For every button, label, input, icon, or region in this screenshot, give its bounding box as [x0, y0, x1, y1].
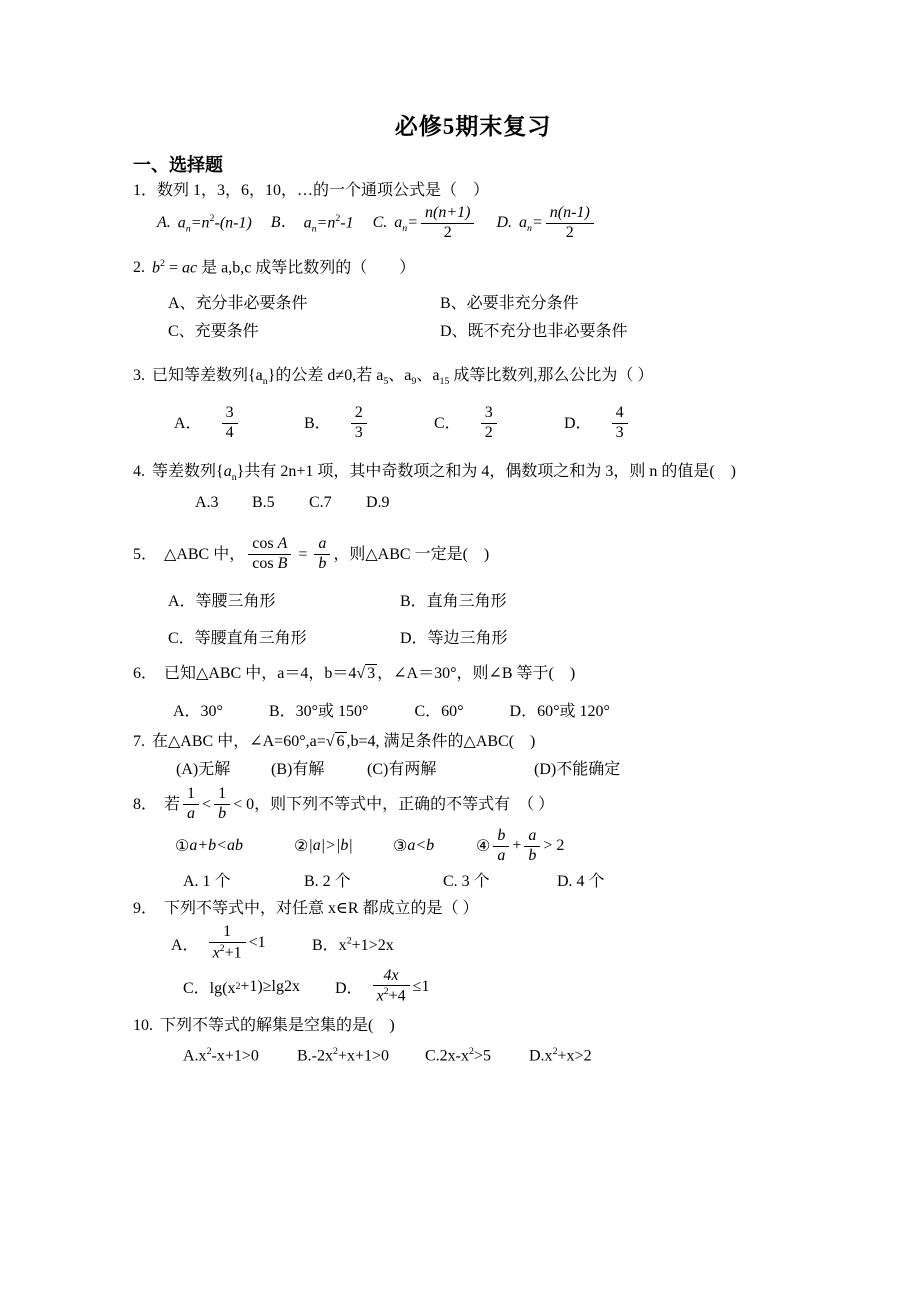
subscript-15: 15 [439, 376, 449, 387]
cos-label: cos [252, 555, 277, 572]
question-7-option-b: (B)有解 [271, 758, 367, 781]
question-2-option-c: C、充要条件 [168, 320, 440, 343]
question-9-option-b: B．x2+1>2x [312, 932, 394, 955]
option-d-fraction: 4xx2+4 [373, 967, 410, 1007]
option-a-tail: -x+1>0 [212, 1047, 259, 1064]
question-8-number: 8． [133, 793, 157, 816]
fraction-numerator: a [524, 827, 540, 846]
fraction-denominator: cos B [248, 554, 291, 574]
question-1-text: 数列 1，3，6，10，…的一个通项公式是（ ） [157, 182, 489, 199]
question-10-option-a: A.x2-x+1>0 [183, 1040, 297, 1068]
option-b-label: B． [304, 412, 331, 435]
cosA-cosB-fraction: cos Acos B [248, 535, 291, 574]
fraction-numerator: n(n+1) [421, 204, 474, 223]
option-d-tail: +x>2 [558, 1047, 592, 1064]
question-9-option-c: C．lg(x2+1)≥lg2x [183, 975, 335, 998]
question-4-option-a: A.3 [195, 491, 252, 514]
question-10-option-c: C.2x-x2>5 [425, 1040, 529, 1068]
option-d-tail: ≤1 [413, 978, 430, 996]
item-3-math: a<b [407, 837, 434, 855]
question-4-option-d: D.9 [366, 491, 390, 514]
greater-than-two: > 2 [543, 837, 564, 855]
less-than-zero: < 0 [233, 793, 254, 816]
question-3-text-5: 成等比数列,那么公比为（ ） [449, 367, 653, 384]
question-6-option-b: B．30°或 150° [269, 700, 368, 723]
less-than-sign: < [202, 793, 211, 816]
question-3: 3.已知等差数列{an}的公差 d≠0,若 a5、a9、a15 成等比数列,那么… [133, 364, 813, 443]
option-d-label: D． [335, 975, 363, 998]
question-4-text-1: 等差数列{ [152, 463, 224, 480]
item-2: ②|a|>|b| [294, 836, 393, 856]
fraction-denominator: b [524, 846, 540, 866]
item-2-math: |a|>|b| [308, 837, 352, 855]
question-8: 8．若1a<1b< 0，则下列不等式中，正确的不等式有 （ ） ①a+b<ab … [133, 785, 813, 894]
plus-one: +1 [225, 945, 242, 962]
question-7-number: 7. [133, 733, 145, 750]
fraction-denominator: 4 [222, 423, 238, 443]
question-10-text: 下列不等式的解集是空集的是( ) [160, 1017, 395, 1034]
fraction-numerator: 1 [209, 923, 246, 942]
question-4: 4.等差数列{an}共有 2n+1 项，其中奇数项之和为 4，偶数项之和为 3，… [133, 460, 813, 514]
option-b-mid: =n [317, 214, 336, 231]
question-5-options: A．等腰三角形 B．直角三角形 C．等腰直角三角形 D．等边三角形 [133, 590, 813, 650]
option-d-fraction: 43 [612, 404, 628, 443]
option-a-label: A． [171, 932, 199, 955]
fraction-denominator: 2 [421, 223, 474, 243]
question-3-number: 3. [133, 367, 145, 384]
option-c-label: C. [373, 214, 388, 231]
question-6-option-c: C．60° [414, 700, 463, 723]
question-2-text: 是 a,b,c 成等比数列的（ ） [197, 259, 415, 276]
fraction-denominator: 2 [546, 223, 594, 243]
question-3-text-1: 已知等差数列{a [152, 367, 263, 384]
plus-sign: + [512, 837, 521, 855]
option-c-tail: >5 [474, 1047, 491, 1064]
question-10-number: 10. [133, 1017, 153, 1034]
question-1-option-c: C.an=n(n+1)2 [373, 204, 478, 243]
option-c-label: C． [434, 412, 461, 435]
item-1: ①a+b<ab [175, 836, 294, 856]
item-4-circle: ④ [476, 836, 490, 856]
sqrt-radical: √3 [356, 664, 377, 682]
item-3: ③a<b [393, 836, 476, 856]
question-3-option-c: C．32 [434, 404, 564, 443]
exam-document-page: 必修5期末复习 一、选择题 1．数列 1，3，6，10，…的一个通项公式是（ ）… [0, 0, 920, 1302]
question-1-option-d: D.an=n(n-1)2 [496, 204, 596, 243]
option-d-label: D. [496, 214, 512, 231]
section-heading: 一、选择题 [133, 153, 813, 177]
item-1-math: a+b<ab [189, 837, 243, 855]
question-2: 2.b2 = ac 是 a,b,c 成等比数列的（ ） A、充分非必要条件 B、… [133, 252, 813, 343]
a-over-b-fraction: ab [524, 827, 540, 866]
question-2-option-d: D、既不充分也非必要条件 [440, 320, 813, 343]
option-b-tail: +1>2x [352, 937, 394, 954]
question-6-option-d: D．60°或 120° [510, 700, 610, 723]
question-7-option-d: (D)不能确定 [534, 758, 620, 781]
one-over-a-fraction: 1a [183, 785, 199, 824]
option-c-tail: +1)≥lg2x [240, 978, 300, 996]
question-1: 1．数列 1，3，6，10，…的一个通项公式是（ ） A.an=n2-(n-1)… [133, 179, 813, 243]
fraction-numerator: b [493, 827, 509, 846]
option-b-tail: +x+1>0 [338, 1047, 389, 1064]
question-8-items: ①a+b<ab ②|a|>|b| ③a<b ④ba+ab> 2 [133, 827, 813, 866]
question-8-option-d: D. 4 个 [557, 870, 605, 893]
item-4: ④ba+ab> 2 [476, 827, 564, 866]
question-1-options: A.an=n2-(n-1) B．an=n2-1 C.an=n(n+1)2 D.a… [133, 204, 813, 243]
option-c-mid: = [407, 214, 418, 231]
fraction-denominator: b [214, 804, 230, 824]
option-d-label: D． [564, 412, 592, 435]
question-3-options: A．34 B．23 C．32 D．43 [133, 404, 813, 443]
question-1-option-a: A.an=n2-(n-1) [157, 207, 252, 241]
fraction-denominator: x2+4 [373, 985, 410, 1006]
option-b-label: B． [271, 214, 297, 231]
question-7-option-a: (A)无解 [176, 758, 271, 781]
question-6-text-1: 已知△ABC 中，a＝4，b＝4 [164, 665, 356, 682]
option-c-pre: C．lg(x [183, 975, 235, 998]
question-9-text: 下列不等式中，对任意 x∈R 都成立的是（ ） [164, 900, 479, 917]
question-6: 6．已知△ABC 中，a＝4，b＝4√3，∠A＝30°，则∠B 等于( ) A．… [133, 659, 813, 723]
question-6-option-a: A．30° [173, 700, 223, 723]
radical-sign: √ [326, 733, 335, 750]
question-6-number: 6． [133, 665, 157, 682]
question-10-option-d: D.x2+x>2 [529, 1040, 592, 1068]
question-5-number: 5． [133, 543, 157, 566]
option-a-pre: A.x [183, 1047, 207, 1064]
option-d-pre: D.x [529, 1047, 553, 1064]
option-b-fraction: 23 [351, 404, 367, 443]
question-4-number: 4. [133, 463, 145, 480]
fraction-denominator: 3 [351, 423, 367, 443]
question-2-option-a: A、充分非必要条件 [168, 292, 440, 315]
item-3-circle: ③ [393, 836, 407, 856]
option-b-pre: B．x [312, 937, 347, 954]
fraction-numerator: 4x [373, 967, 410, 986]
question-8-text-2: ，则下列不等式中，正确的不等式有 （ ） [254, 793, 554, 816]
question-2-var-ac: ac [182, 259, 197, 276]
fraction-denominator: 2 [481, 423, 497, 443]
question-3-text-3: 、a [388, 367, 411, 384]
question-9-options-cd: C．lg(x2+1)≥lg2x D．4xx2+4≤1 [133, 967, 813, 1007]
item-1-circle: ① [175, 836, 189, 856]
one-over-b-fraction: 1b [214, 785, 230, 824]
question-4-var: a [224, 463, 232, 480]
question-7-stem: 7.在△ABC 中，∠A=60°,a=√6,b=4, 满足条件的△ABC( ) [133, 729, 813, 755]
question-5-option-c: C．等腰直角三角形 [168, 627, 400, 650]
question-9: 9．下列不等式中，对任意 x∈R 都成立的是（ ） A．1x2+1<1 B．x2… [133, 897, 813, 1006]
option-d-var: a [519, 214, 527, 231]
option-a-tail: -(n-1) [214, 214, 251, 231]
question-1-stem: 1．数列 1，3，6，10，…的一个通项公式是（ ） [133, 179, 813, 202]
plus-four: +4 [389, 988, 406, 1005]
question-3-option-a: A．34 [174, 404, 304, 443]
fraction-numerator: 3 [222, 404, 238, 423]
question-10-stem: 10.下列不等式的解集是空集的是( ) [133, 1014, 813, 1037]
b-over-a-fraction: ba [493, 827, 509, 866]
question-5-option-a: A．等腰三角形 [168, 590, 400, 613]
fraction-numerator: a [314, 535, 330, 554]
var-A: A [278, 535, 288, 552]
cos-label: cos [252, 535, 277, 552]
var-B: B [278, 555, 288, 572]
question-5-option-d: D．等边三角形 [400, 627, 813, 650]
question-7-option-c: (C)有两解 [367, 758, 534, 781]
fraction-denominator: 3 [612, 423, 628, 443]
question-8-option-a: A. 1 个 [183, 870, 304, 893]
question-6-options: A．30° B．30°或 150° C．60° D．60°或 120° [133, 700, 813, 723]
question-8-option-c: C. 3 个 [443, 870, 557, 893]
question-2-number: 2. [133, 259, 145, 276]
question-9-number: 9． [133, 900, 157, 917]
option-c-pre: C.2x-x [425, 1047, 469, 1064]
option-c-fraction: n(n+1)2 [421, 204, 474, 243]
question-1-number: 1． [133, 182, 157, 199]
option-a-fraction: 1x2+1 [209, 923, 246, 963]
var-x: x [213, 945, 220, 962]
fraction-denominator: x2+1 [209, 942, 246, 963]
question-5-text-2: ，则△ABC 一定是( ) [333, 543, 489, 566]
radicand: 6 [335, 732, 347, 750]
question-5-stem: 5．△ABC 中，cos Acos B=ab，则△ABC 一定是( ) [133, 535, 813, 574]
question-10: 10.下列不等式的解集是空集的是( ) A.x2-x+1>0 B.-2x2+x+… [133, 1014, 813, 1068]
var-x: x [377, 988, 384, 1005]
option-a-var: a [178, 214, 186, 231]
question-2-equals: = [165, 259, 182, 276]
question-2-options: A、充分非必要条件 B、必要非充分条件 C、充要条件 D、既不充分也非必要条件 [133, 292, 813, 343]
item-2-circle: ② [294, 836, 308, 856]
fraction-numerator: n(n-1) [546, 204, 594, 223]
question-8-options: A. 1 个 B. 2 个 C. 3 个 D. 4 个 [133, 870, 813, 893]
question-4-text-2: }共有 2n+1 项，其中奇数项之和为 4，偶数项之和为 3，则 n 的值是( … [237, 463, 736, 480]
question-9-options-ab: A．1x2+1<1 B．x2+1>2x [133, 923, 813, 963]
fraction-numerator: 3 [481, 404, 497, 423]
option-a-label: A. [157, 214, 171, 231]
option-b-pre: B.-2x [297, 1047, 333, 1064]
question-4-option-c: C.7 [309, 491, 366, 514]
page-title: 必修5期末复习 [133, 112, 813, 142]
radical-sign: √ [356, 665, 365, 682]
equals-sign: = [298, 543, 307, 566]
option-d-mid: = [532, 214, 543, 231]
question-8-option-b: B. 2 个 [304, 870, 443, 893]
question-3-option-b: B．23 [304, 404, 434, 443]
question-1-option-b: B．an=n2-1 [271, 207, 354, 241]
option-b-tail: -1 [340, 214, 353, 231]
question-7: 7.在△ABC 中，∠A=60°,a=√6,b=4, 满足条件的△ABC( ) … [133, 729, 813, 781]
question-9-option-a: A．1x2+1<1 [171, 923, 312, 963]
question-3-text-2: }的公差 d≠0,若 a [268, 367, 384, 384]
fraction-numerator: 2 [351, 404, 367, 423]
question-4-stem: 4.等差数列{an}共有 2n+1 项，其中奇数项之和为 4，偶数项之和为 3，… [133, 460, 813, 489]
question-7-text-2: ,b=4, 满足条件的△ABC( ) [347, 733, 536, 750]
radicand: 3 [365, 664, 377, 682]
question-9-stem: 9．下列不等式中，对任意 x∈R 都成立的是（ ） [133, 897, 813, 920]
question-3-text-4: 、a [416, 367, 439, 384]
question-2-option-b: B、必要非充分条件 [440, 292, 813, 315]
document-content: 必修5期末复习 一、选择题 1．数列 1，3，6，10，…的一个通项公式是（ ）… [133, 112, 813, 1068]
fraction-numerator: 1 [214, 785, 230, 804]
question-5: 5．△ABC 中，cos Acos B=ab，则△ABC 一定是( ) A．等腰… [133, 535, 813, 650]
option-a-fraction: 34 [222, 404, 238, 443]
sqrt-radical: √6 [326, 732, 347, 750]
question-9-option-d: D．4xx2+4≤1 [335, 967, 429, 1007]
question-2-stem: 2.b2 = ac 是 a,b,c 成等比数列的（ ） [133, 252, 813, 279]
question-4-option-b: B.5 [252, 491, 309, 514]
fraction-denominator: b [314, 554, 330, 574]
fraction-numerator: 1 [183, 785, 199, 804]
question-6-text-2: ，∠A＝30°，则∠B 等于( ) [377, 665, 575, 682]
fraction-denominator: a [493, 846, 509, 866]
fraction-numerator: cos A [248, 535, 291, 554]
question-5-text-1: △ABC 中， [164, 543, 245, 566]
option-a-label: A． [174, 412, 202, 435]
question-2-var-b: b [152, 259, 160, 276]
option-d-fraction: n(n-1)2 [546, 204, 594, 243]
question-7-text-1: 在△ABC 中，∠A=60°,a= [152, 733, 326, 750]
option-a-mid: =n [191, 214, 210, 231]
fraction-numerator: 4 [612, 404, 628, 423]
question-10-options: A.x2-x+1>0 B.-2x2+x+1>0 C.2x-x2>5 D.x2+x… [133, 1040, 813, 1068]
question-7-options: (A)无解 (B)有解 (C)有两解 (D)不能确定 [133, 758, 813, 781]
question-8-text-1: 若 [164, 793, 180, 816]
option-c-fraction: 32 [481, 404, 497, 443]
question-4-options: A.3 B.5 C.7 D.9 [133, 491, 813, 514]
question-6-stem: 6．已知△ABC 中，a＝4，b＝4√3，∠A＝30°，则∠B 等于( ) [133, 659, 813, 689]
question-3-option-d: D．43 [564, 404, 694, 443]
fraction-denominator: a [183, 804, 199, 824]
option-b-var: a [304, 214, 312, 231]
option-a-tail: <1 [249, 934, 266, 952]
question-8-stem: 8．若1a<1b< 0，则下列不等式中，正确的不等式有 （ ） [133, 785, 813, 824]
a-b-fraction: ab [314, 535, 330, 574]
question-3-stem: 3.已知等差数列{an}的公差 d≠0,若 a5、a9、a15 成等比数列,那么… [133, 364, 813, 393]
question-5-option-b: B．直角三角形 [400, 590, 813, 613]
question-10-option-b: B.-2x2+x+1>0 [297, 1040, 425, 1068]
